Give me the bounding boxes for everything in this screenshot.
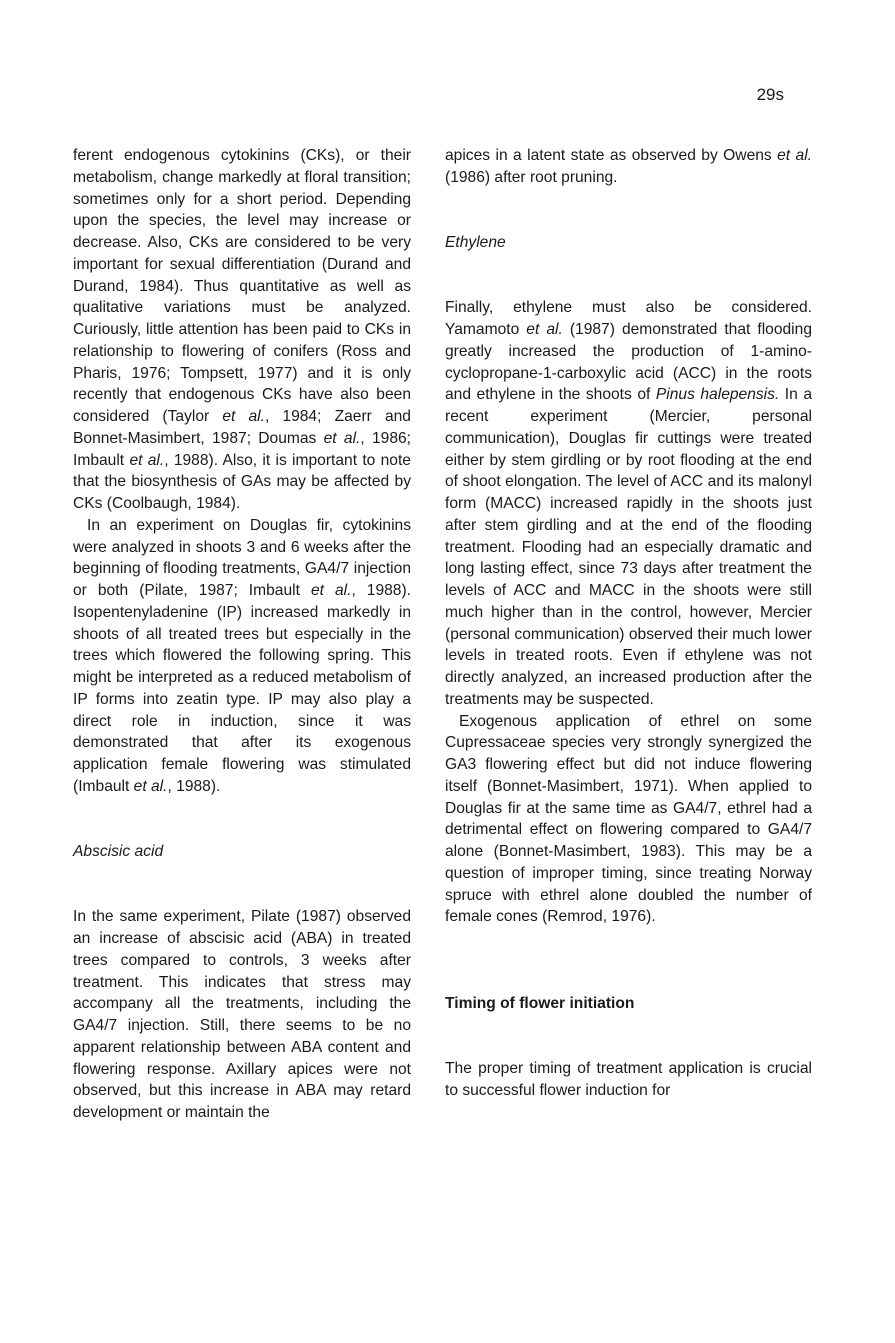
spacer	[445, 1015, 812, 1059]
page-number: 29s	[757, 85, 784, 105]
paragraph-timing: The proper timing of treatment applicati…	[445, 1058, 812, 1102]
section-heading-timing: Timing of flower initiation	[445, 993, 812, 1015]
paragraph-aba: In the same experiment, Pilate (1987) ob…	[73, 906, 411, 1124]
paragraph-ethrel: Exogenous application of ethrel on some …	[445, 711, 812, 929]
spacer	[445, 189, 812, 233]
section-heading-abscisic-acid: Abscisic acid	[73, 841, 411, 863]
spacer	[445, 254, 812, 298]
left-column: ferent endogenous cytokinins (CKs), or t…	[73, 145, 411, 1124]
spacer	[73, 863, 411, 907]
spacer	[73, 798, 411, 842]
paragraph-ethylene: Finally, ethylene must also be considere…	[445, 297, 812, 710]
section-heading-ethylene: Ethylene	[445, 232, 812, 254]
paragraph-douglas-fir-experiment: In an experiment on Douglas fir, cytokin…	[73, 515, 411, 798]
paragraph-latent-apices: apices in a latent state as observed by …	[445, 145, 812, 189]
spacer	[445, 928, 812, 993]
right-column: apices in a latent state as observed by …	[445, 145, 812, 1102]
paragraph-cytokinins: ferent endogenous cytokinins (CKs), or t…	[73, 145, 411, 515]
